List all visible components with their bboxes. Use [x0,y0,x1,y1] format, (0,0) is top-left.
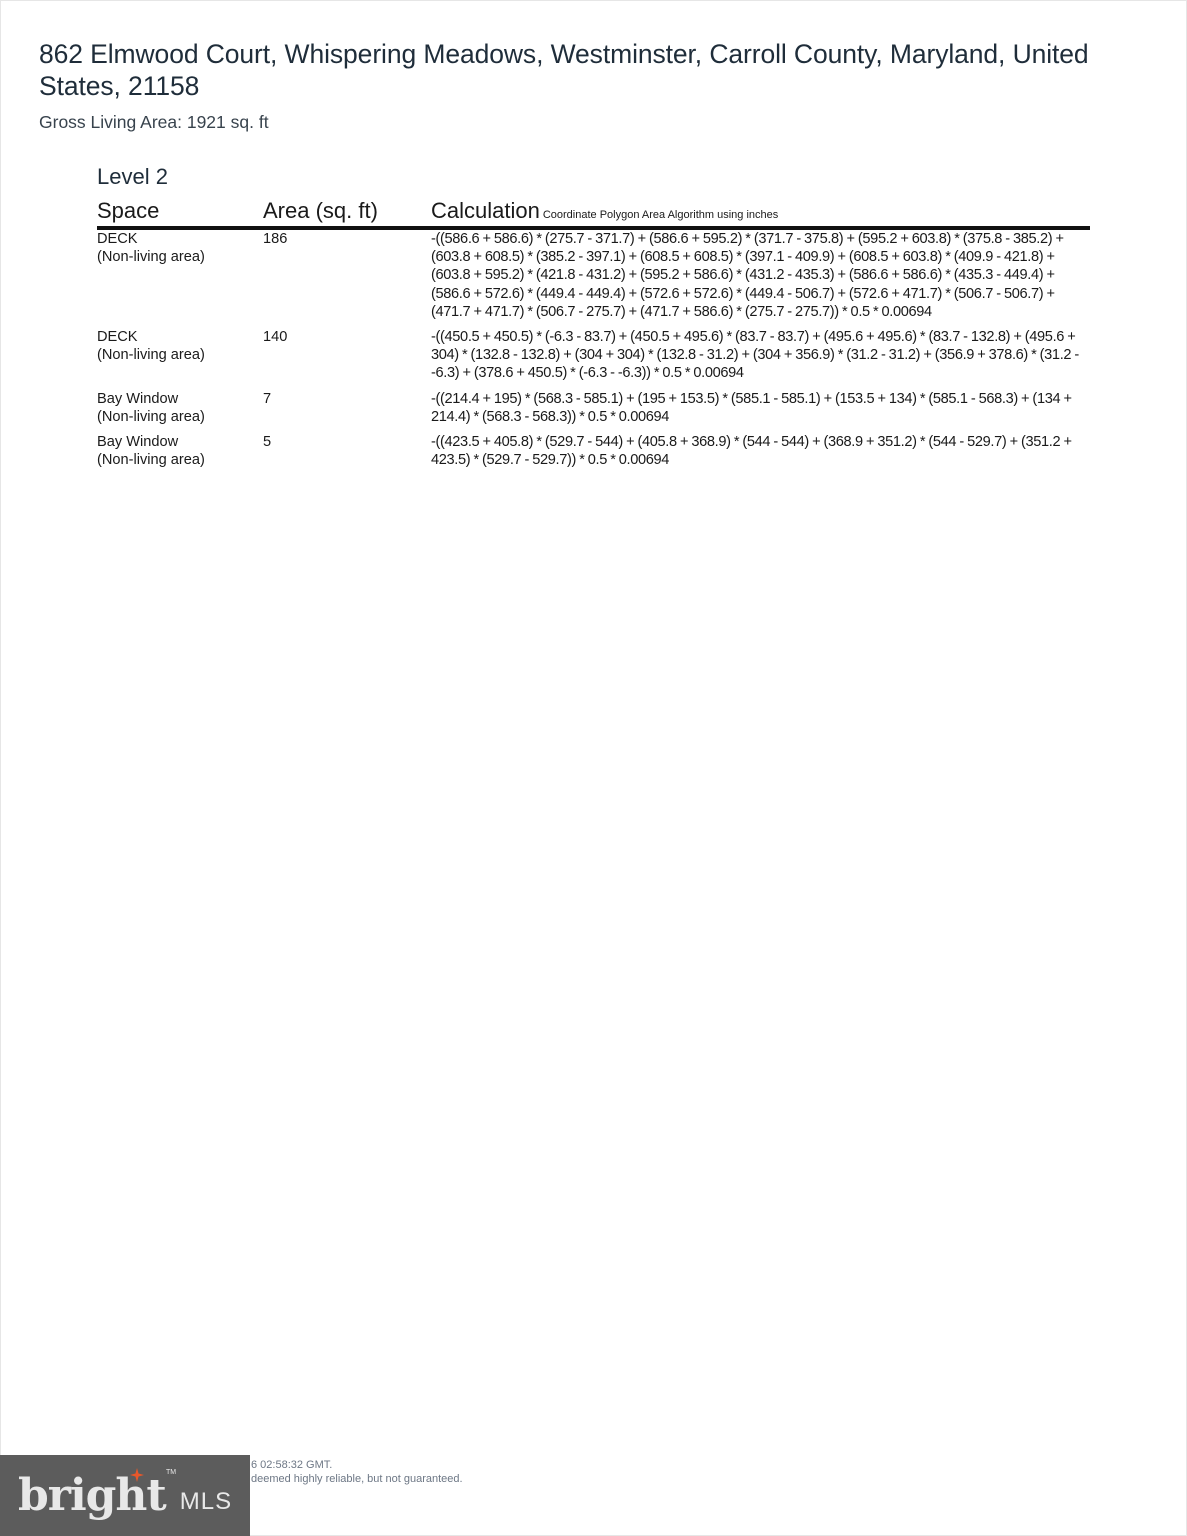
column-header-area: Area (sq. ft) [263,198,431,226]
space-type: (Non-living area) [97,346,263,364]
bright-mls-logo: bright TM MLS [0,1455,250,1536]
area-cell: 7 [263,390,431,426]
area-calculation-table: Space Area (sq. ft) CalculationCoordinat… [97,196,1090,476]
calculation-cell: -((423.5 + 405.8) * (529.7 - 544) + (405… [431,433,1090,469]
calculation-label: Calculation [431,198,540,223]
table-row: Bay Window(Non-living area) 7 -((214.4 +… [97,390,1090,426]
table-row: DECK(Non-living area) 186 -((586.6 + 586… [97,230,1090,321]
space-type: (Non-living area) [97,248,263,266]
space-cell: DECK(Non-living area) [97,328,263,383]
calculation-cell: -((586.6 + 586.6) * (275.7 - 371.7) + (5… [431,230,1090,321]
table-header: Space Area (sq. ft) CalculationCoordinat… [97,196,1090,230]
space-name: Bay Window [97,390,263,408]
space-name: DECK [97,328,263,346]
space-name: DECK [97,230,263,248]
level-heading: Level 2 [97,164,168,190]
trademark-mark: TM [166,1469,176,1476]
table-row: Bay Window(Non-living area) 5 -((423.5 +… [97,433,1090,469]
footer-timestamp: 6 02:58:32 GMT. [251,1458,463,1472]
space-cell: DECK(Non-living area) [97,230,263,321]
logo-mls-text: MLS [180,1488,232,1516]
space-cell: Bay Window(Non-living area) [97,433,263,469]
table-row: DECK(Non-living area) 140 -((450.5 + 450… [97,328,1090,383]
calculation-cell: -((214.4 + 195) * (568.3 - 585.1) + (195… [431,390,1090,426]
calculation-method-note: Coordinate Polygon Area Algorithm using … [543,209,778,221]
property-address-title: 862 Elmwood Court, Whispering Meadows, W… [39,38,1149,102]
area-cell: 140 [263,328,431,383]
space-cell: Bay Window(Non-living area) [97,390,263,426]
gross-living-area: Gross Living Area: 1921 sq. ft [39,112,269,133]
space-type: (Non-living area) [97,408,263,426]
footer-reliability-note: deemed highly reliable, but not guarante… [251,1472,463,1486]
column-header-calculation: CalculationCoordinate Polygon Area Algor… [431,198,1090,226]
area-cell: 186 [263,230,431,321]
calculation-cell: -((450.5 + 450.5) * (-6.3 - 83.7) + (450… [431,328,1090,383]
column-header-space: Space [97,198,263,226]
sparkle-star-icon [130,1468,144,1482]
footer-disclaimer: 6 02:58:32 GMT. deemed highly reliable, … [251,1458,463,1486]
space-type: (Non-living area) [97,451,263,469]
space-name: Bay Window [97,433,263,451]
area-cell: 5 [263,433,431,469]
